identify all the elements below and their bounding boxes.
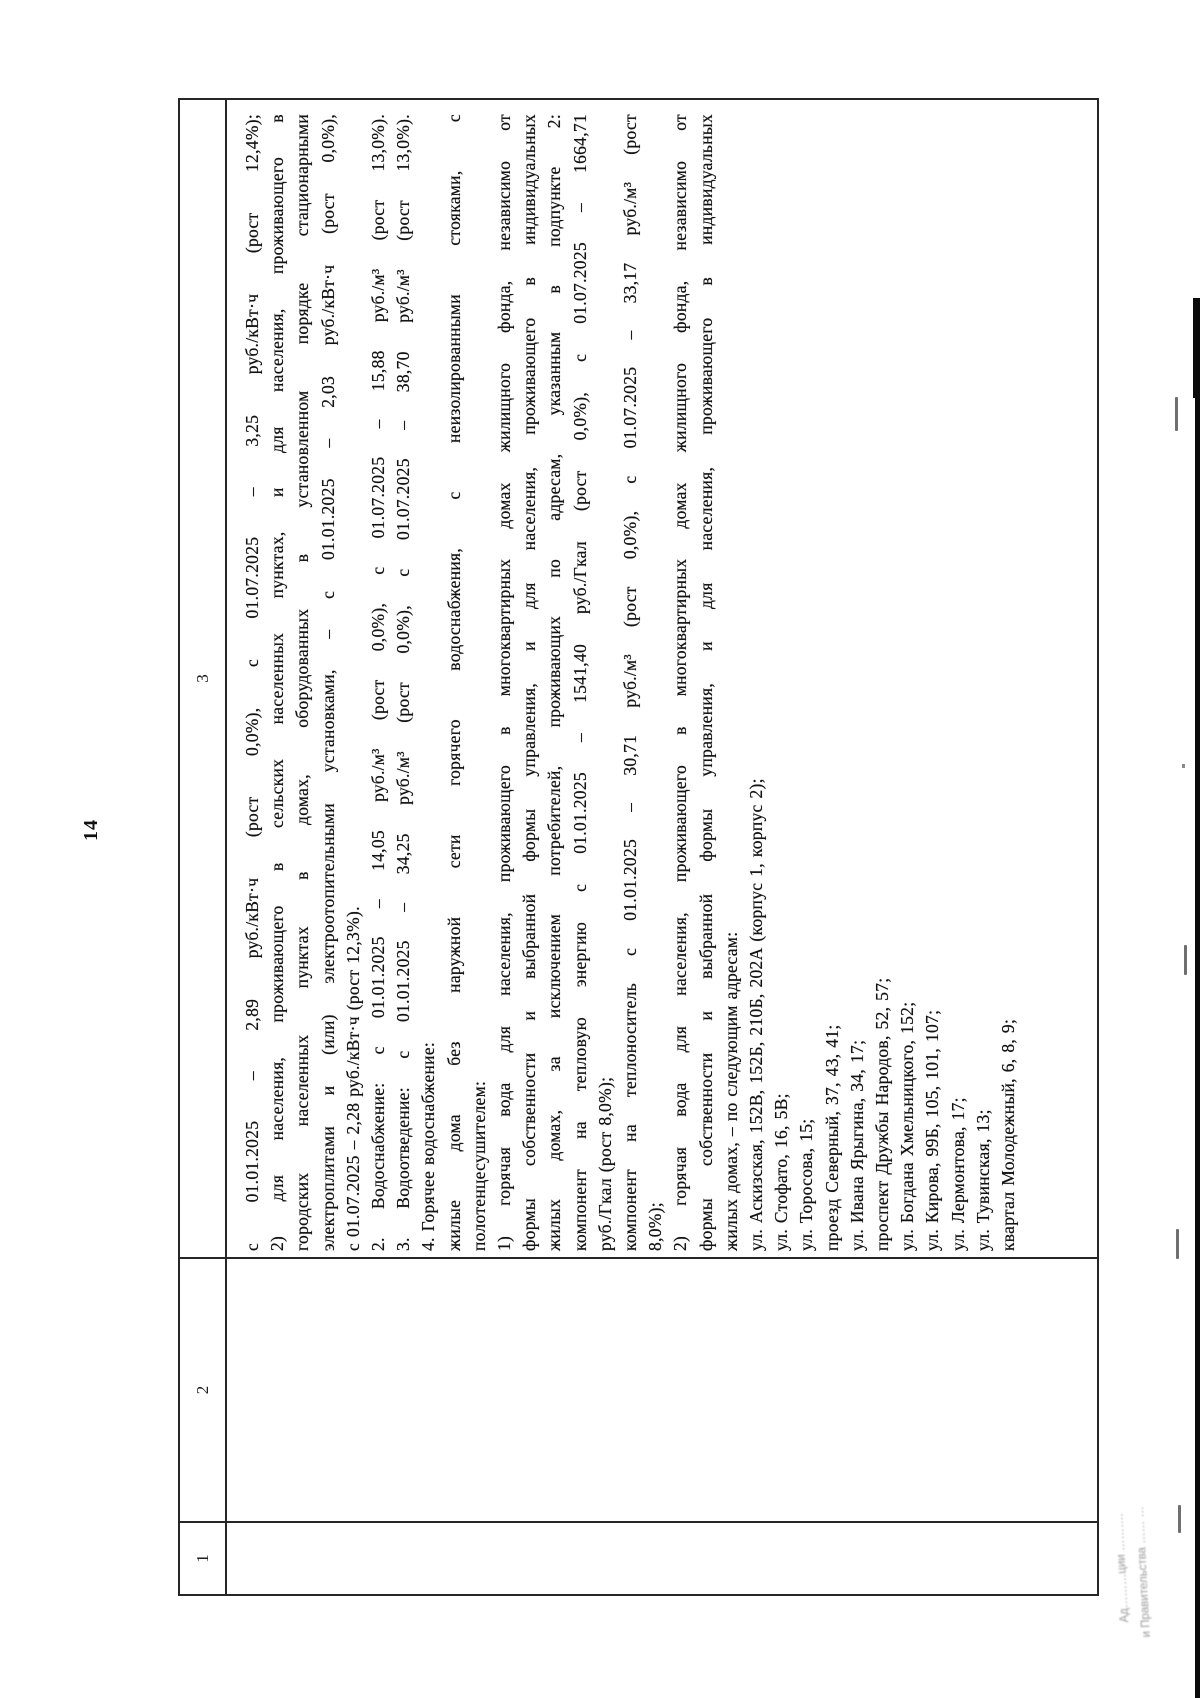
scan-speck bbox=[1182, 764, 1185, 768]
table-text-line: жилых домах, – по следующим адресам: bbox=[719, 114, 744, 1251]
scan-edge-artifact bbox=[1193, 298, 1200, 398]
fold-mark bbox=[1176, 1229, 1179, 1259]
table-text-line: проезд Северный, 37, 43, 41; bbox=[820, 114, 845, 1251]
table-text-line: 2) для населения, проживающего в сельски… bbox=[265, 114, 290, 1251]
page-number: 14 bbox=[80, 808, 103, 852]
table-text-line: с 01.01.2025 – 2,89 руб./кВт·ч (рост 0,0… bbox=[240, 114, 265, 1251]
table-text-line: 2. Водоснабжение: с 01.01.2025 – 14,05 р… bbox=[366, 114, 391, 1251]
table-text-line: 4. Горячее водоснабжение: bbox=[416, 114, 441, 1251]
table-text-line: жилые дома без наружной сети горячего во… bbox=[442, 114, 467, 1251]
table-header-col3: 3 bbox=[180, 100, 227, 1257]
table-text-line: формы собственности и выбранной формы уп… bbox=[694, 114, 719, 1251]
registration-stamp: Ад………ции ………. и Правительства …… … bbox=[1108, 1487, 1158, 1639]
table-text-line: электроплитами и (или) электроотопительн… bbox=[316, 114, 341, 1251]
fold-mark bbox=[1178, 1505, 1181, 1533]
table-body-col2 bbox=[227, 1257, 1097, 1521]
table-text-line: 8,0%); bbox=[643, 114, 668, 1251]
table-text-line: квартал Молодежный, 6, 8, 9; bbox=[996, 114, 1021, 1251]
table-text-line: компонент на теплоноситель с 01.01.2025 … bbox=[618, 114, 643, 1251]
scan-edge-artifact bbox=[1195, 300, 1200, 1698]
table-text-line: проспект Дружбы Народов, 52, 57; bbox=[870, 114, 895, 1251]
table-text-line: руб./Гкал (рост 8,0%); bbox=[593, 114, 618, 1251]
table-text-line: ул. Тувинская, 13; bbox=[971, 114, 996, 1251]
table-text-line: 3. Водоотведение: с 01.01.2025 – 34,25 р… bbox=[391, 114, 416, 1251]
table-text-line: ул. Торосова, 15; bbox=[794, 114, 819, 1251]
table-text-line: 1) горячая вода для населения, проживающ… bbox=[492, 114, 517, 1251]
table-text-line: формы собственности и выбранной формы уп… bbox=[517, 114, 542, 1251]
table-text-line: ул. Стофато, 16, 5В; bbox=[769, 114, 794, 1251]
table-header-col2: 2 bbox=[180, 1257, 227, 1521]
table-text-line: полотенцесушителем: bbox=[467, 114, 492, 1251]
table-header-col1: 1 bbox=[180, 1521, 227, 1594]
table-text-line: городских населенных пунктах в домах, об… bbox=[290, 114, 315, 1251]
table-text-line: ул. Богдана Хмельницкого, 152; bbox=[895, 114, 920, 1251]
scanned-page: 14 1 2 3 с 01.01.2025 – 2,89 руб./кВт·ч … bbox=[0, 0, 1200, 1698]
table-text-line: ул. Ивана Ярыгина, 34, 17; bbox=[845, 114, 870, 1251]
table-text-line: компонент на тепловую энергию с 01.01.20… bbox=[568, 114, 593, 1251]
fold-mark bbox=[1175, 397, 1178, 431]
table-body-col1 bbox=[227, 1521, 1097, 1594]
table-text-line: с 01.07.2025 – 2,28 руб./кВт·ч (рост 12,… bbox=[341, 114, 366, 1251]
table-text-line: ул. Лермонтова, 17; bbox=[946, 114, 971, 1251]
fold-mark bbox=[1184, 945, 1187, 975]
table-body-col3: с 01.01.2025 – 2,89 руб./кВт·ч (рост 0,0… bbox=[227, 100, 1097, 1257]
tariff-table: 1 2 3 с 01.01.2025 – 2,89 руб./кВт·ч (ро… bbox=[178, 98, 1099, 1596]
table-text-line: жилых домах, за исключением потребителей… bbox=[542, 114, 567, 1251]
table-text-line: ул. Аскизская, 152В, 152Б, 210Б, 202А (к… bbox=[744, 114, 769, 1251]
table-text-line: ул. Кирова, 99Б, 105, 101, 107; bbox=[920, 114, 945, 1251]
rotated-page-content: 14 1 2 3 с 01.01.2025 – 2,89 руб./кВт·ч … bbox=[0, 0, 1200, 1698]
table-text-line: 2) горячая вода для населения, проживающ… bbox=[668, 114, 693, 1251]
